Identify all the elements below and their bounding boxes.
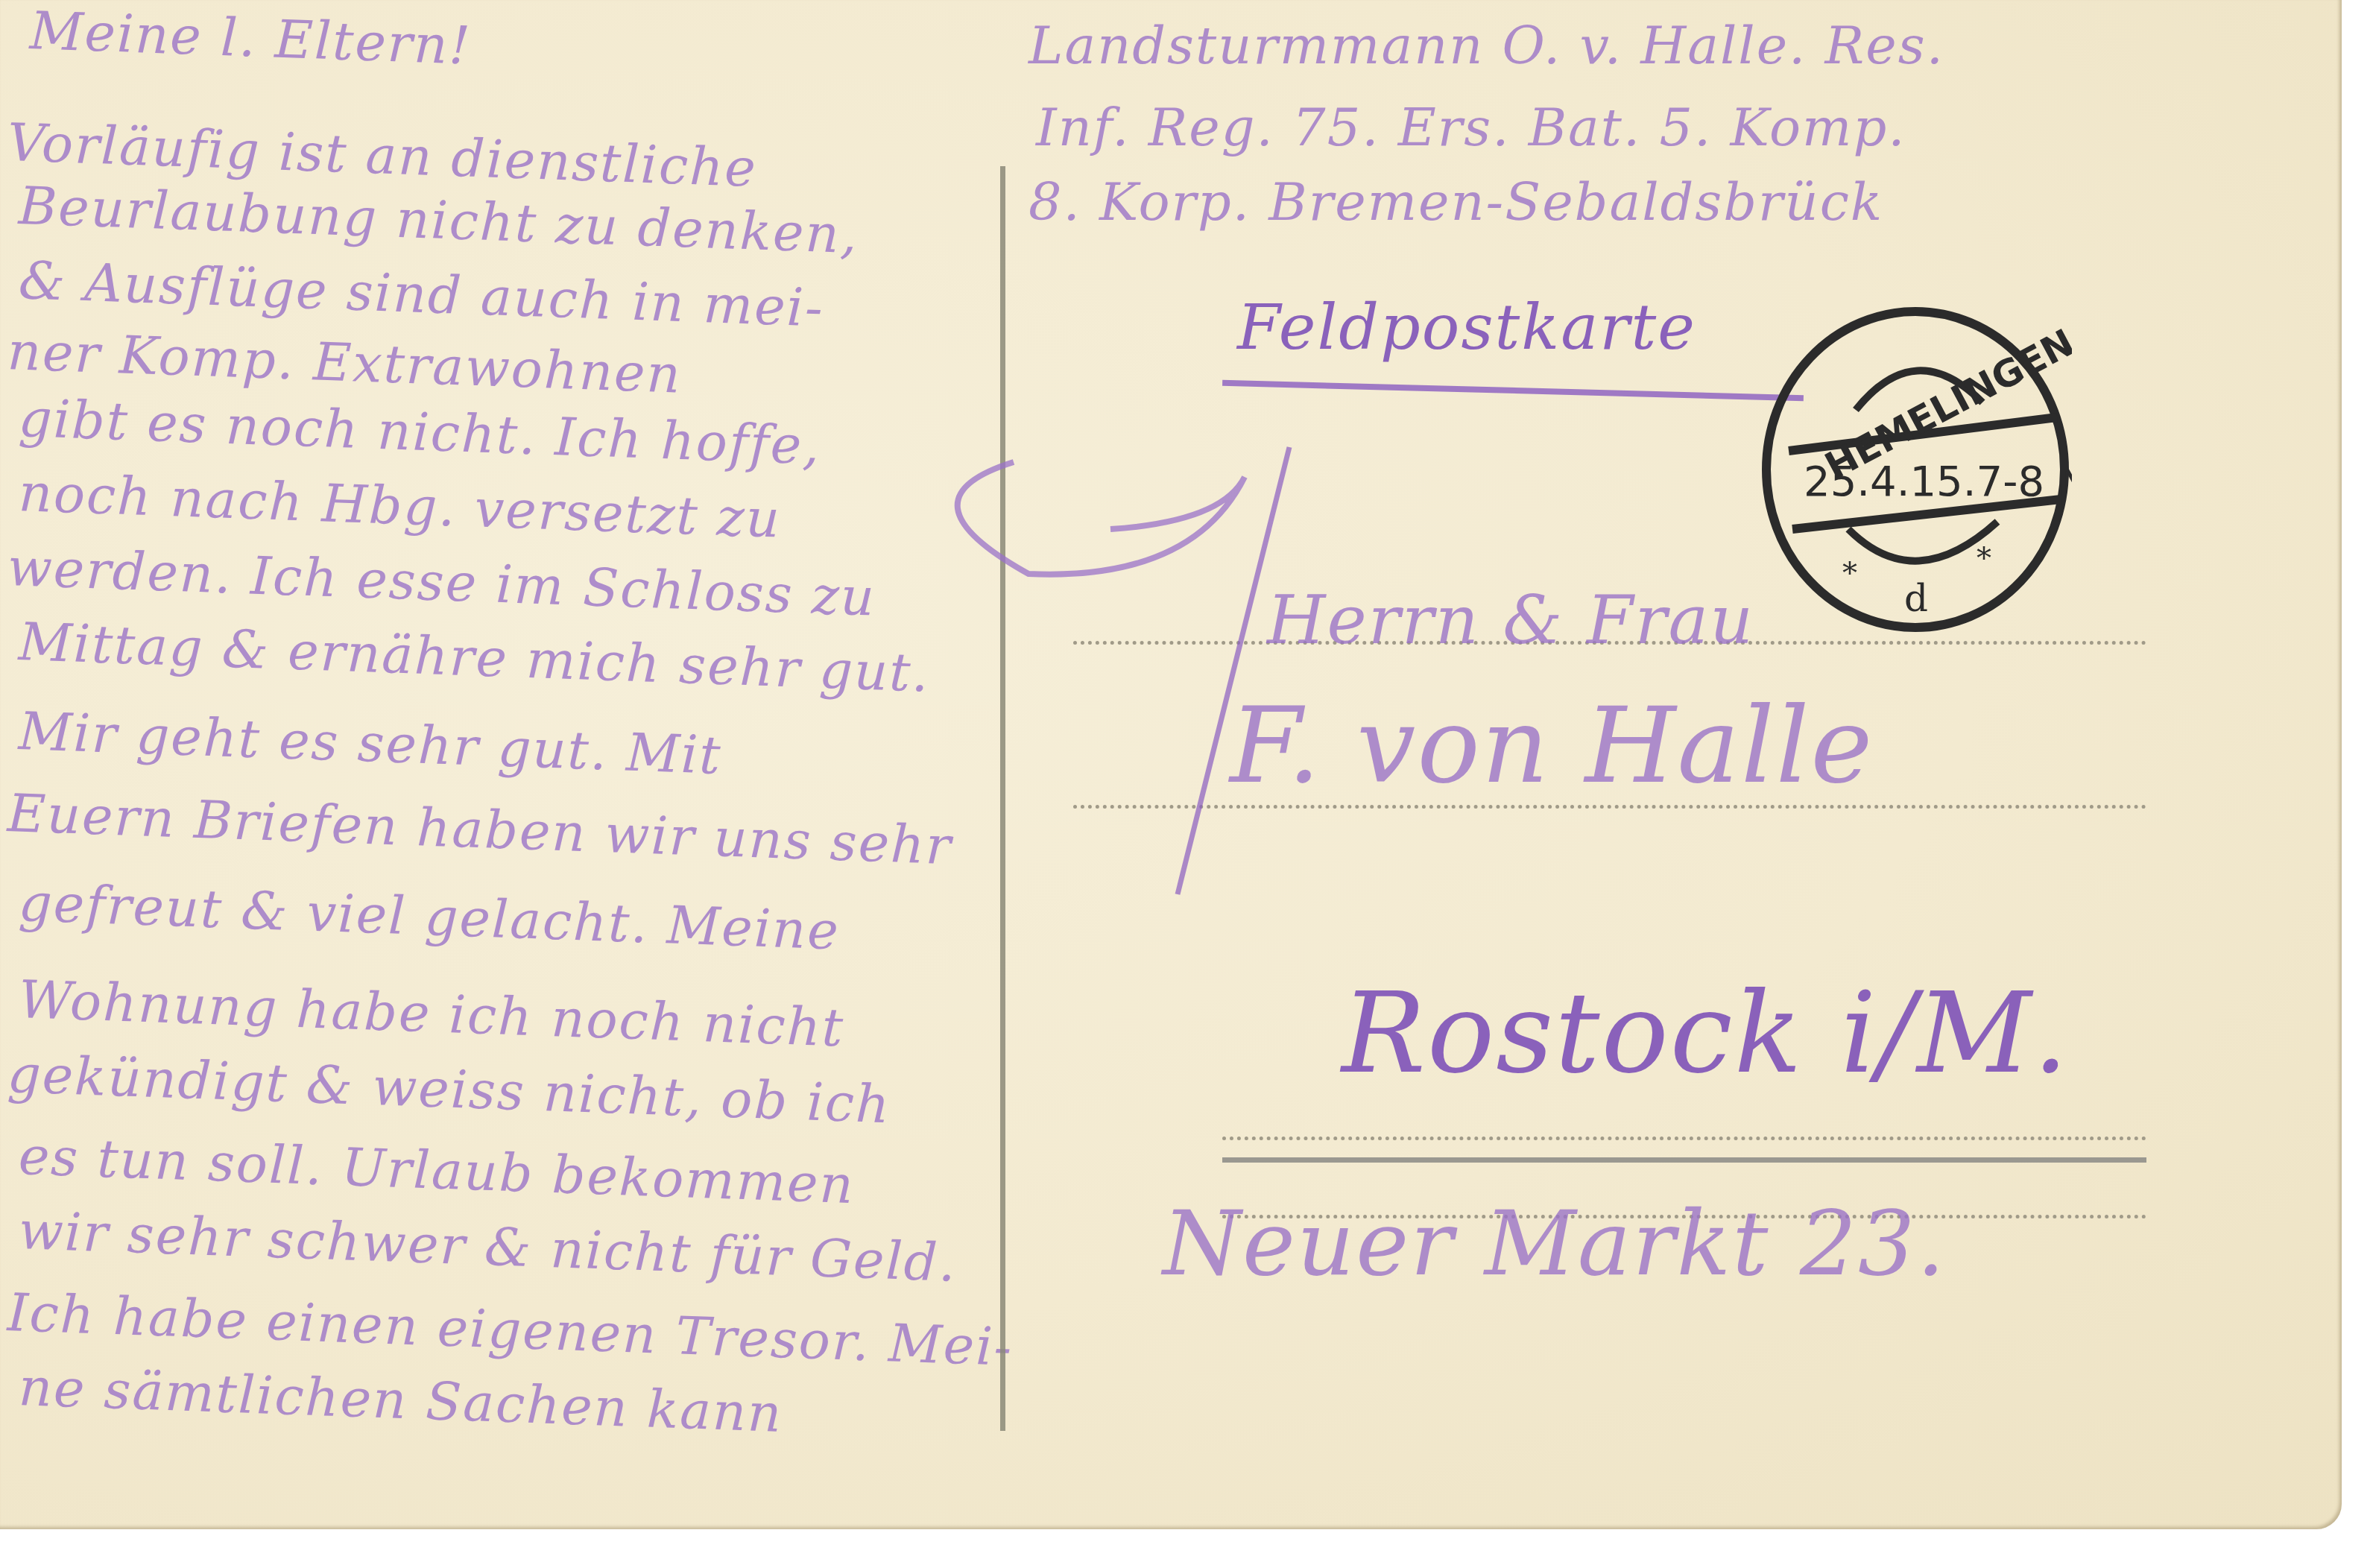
sender-line-3: 8. Korp. Bremen-Sebaldsbrück — [1028, 171, 1883, 233]
svg-text:*: * — [1977, 541, 1991, 575]
pencil-stroke — [1163, 432, 1312, 909]
message-line: werden. Ich esse im Schloss zu — [7, 537, 877, 628]
message-line: es tun soll. Urlaub bekommen — [18, 1125, 856, 1215]
svg-text:*: * — [1842, 556, 1857, 590]
message-line: Euern Briefen haben wir uns sehr — [7, 783, 954, 876]
postcard: Meine l. Eltern! Vorläufig ist an dienst… — [0, 0, 2342, 1529]
feldpostkarte-mark: Feldpostkarte — [1237, 291, 1696, 364]
message-line: gekündigt & weiss nicht, ob ich — [7, 1043, 892, 1135]
message-line: Wohnung habe ich noch nicht — [18, 969, 846, 1059]
salutation: Meine l. Eltern! — [29, 0, 473, 77]
message-line: Mir geht es sehr gut. Mit — [18, 701, 723, 786]
address-dotted-line-3 — [1222, 1137, 2146, 1140]
message-line: noch nach Hbg. versetzt zu — [18, 462, 783, 550]
recipient-line-3: Rostock i/M. — [1342, 969, 2070, 1098]
sender-line-1: Landsturmmann O. v. Halle. Res. — [1028, 15, 1944, 76]
message-line: ne sämtlichen Sachen kann — [18, 1356, 784, 1444]
center-divider-line — [1000, 166, 1005, 1431]
address-solid-line — [1222, 1157, 2146, 1163]
message-line: gefreut & viel gelacht. Meine — [18, 872, 841, 961]
recipient-line-2: F. von Halle — [1230, 686, 1874, 807]
postmark-stamp: HEMELINGEN 25.4.15.7-8 N * * d — [1759, 306, 2072, 633]
sender-line-2: Inf. Reg. 75. Ers. Bat. 5. Komp. — [1036, 97, 1906, 158]
message-line: gibt es noch nicht. Ich hoffe, — [18, 388, 822, 477]
recipient-line-4: Neuer Markt 23. — [1163, 1192, 1947, 1296]
underline-stroke — [1222, 380, 1804, 401]
postmark-date: 25.4.15.7-8 N — [1804, 458, 2072, 506]
postmark-letter: d — [1904, 577, 1928, 620]
